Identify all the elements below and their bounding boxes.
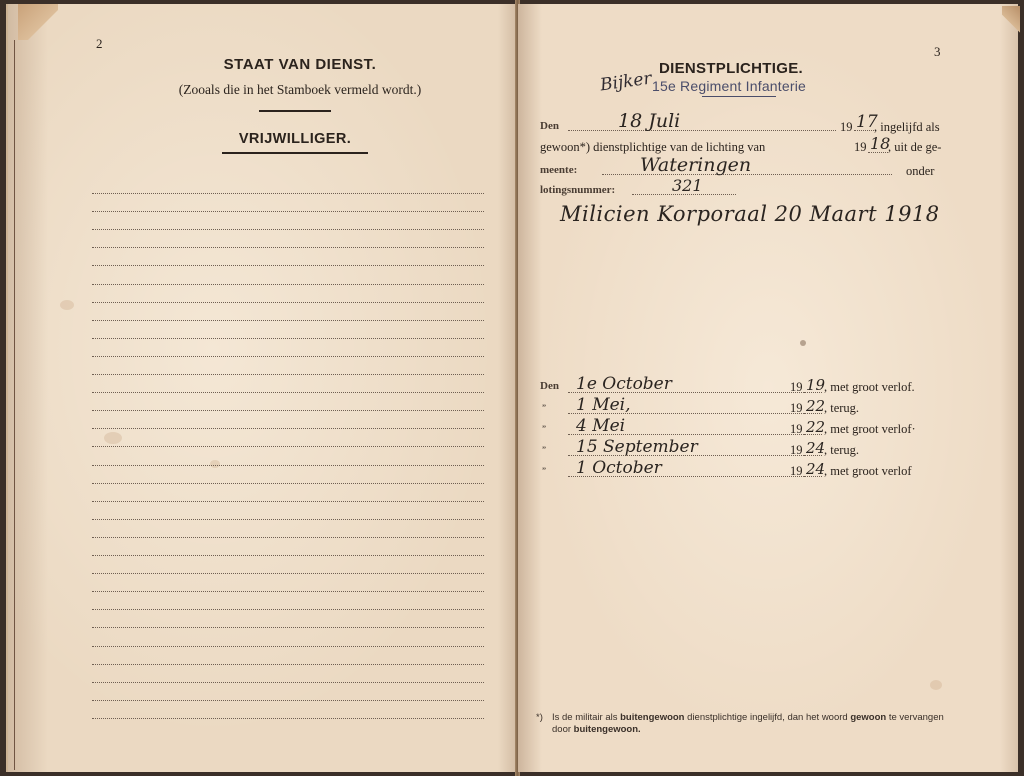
subtitle-stamboek: (Zooals die in het Stamboek vermeld word… [110,82,490,98]
paper-stain [930,680,942,690]
footnote-bold: buitengewoon [620,712,684,723]
ruled-line [92,302,484,303]
entry-status: , met groot verlof [824,464,911,479]
ruled-line [92,555,484,556]
ruled-line [92,356,484,357]
year-prefix: 19 [840,120,853,135]
ruled-line [92,374,484,375]
handwritten-gemeente: Wateringen [640,154,751,176]
form-row-gemeente: meente: Wateringen onder [540,162,940,180]
footnote-text: Is de militair als buitengewoon dienstpl… [552,712,952,736]
page-number-left: 2 [96,36,103,52]
ruled-line [92,537,484,538]
entry-status: , met groot verlof· [824,422,916,437]
divider-rule [259,110,331,112]
entry-year-prefix: 19 [790,401,803,416]
entry-year-prefix: 19 [790,380,803,395]
handwritten-entry-date: 4 Mei [576,416,625,436]
open-book: 2 STAAT VAN DIENST. (Zooals die in het S… [0,0,1024,776]
page-number-right: 3 [934,44,941,60]
ruled-line [92,211,484,212]
heading-underline [222,152,368,154]
lichting-year-prefix: 19 [854,140,867,155]
entry-prefix: ” [542,403,546,413]
folded-corner [18,4,58,40]
footnote-bold: gewoon [850,712,886,723]
entry-prefix: Den [540,380,568,392]
label-den: Den [540,120,559,132]
handwritten-entry-date: 1 October [576,458,662,478]
ruled-line [92,247,484,248]
footnote-mark: *) [536,712,543,724]
ruled-line [92,229,484,230]
service-entry-row: Den1e October1919, met groot verlof. [540,376,950,397]
stamp-underline [702,96,776,97]
ruled-line [92,483,484,484]
ruled-line [92,446,484,447]
ruled-line [92,338,484,339]
handwritten-entry-year: 22 [806,397,825,415]
dotted-field [568,130,836,131]
handwritten-entry-year: 19 [806,376,825,394]
heading-vrijwilliger: VRIJWILLIGER. [220,131,370,147]
ruled-line [92,410,484,411]
ruled-line [92,682,484,683]
label-gemeente: meente: [540,164,577,176]
entry-status: , terug. [824,443,859,458]
handwritten-entry-date: 15 September [576,437,698,457]
service-entries-list: Den1e October1919, met groot verlof.”1 M… [540,376,950,481]
ruled-line [92,519,484,520]
form-row-lotingsnummer: lotingsnummer: 321 [540,182,940,200]
ruled-line [92,501,484,502]
ruled-line [92,718,484,719]
ruled-line [92,465,484,466]
folded-corner-right [1002,6,1020,36]
paper-stain [800,340,806,346]
entry-year-prefix: 19 [790,443,803,458]
handwritten-entry-date: 1e October [576,374,672,394]
entry-prefix: ” [542,466,546,476]
label-lotingsnummer: lotingsnummer: [540,184,615,196]
entry-status: , terug. [824,401,859,416]
footnote-bold: buitengewoon. [574,724,641,735]
ruled-line [92,627,484,628]
ruled-line [92,193,484,194]
entry-year-prefix: 19 [790,422,803,437]
footnote-part: Is de militair als [552,712,620,723]
handwritten-promotion-note: Milicien Korporaal 20 Maart 1918 [560,202,940,226]
ruled-line [92,664,484,665]
service-entry-row: ”1 Mei,1922, terug. [540,397,950,418]
label-ingelijfd: , ingelijfd als [874,120,940,135]
service-entry-row: ”4 Mei1922, met groot verlof· [540,418,950,439]
ruled-line [92,700,484,701]
label-onder: onder [906,164,934,179]
handwritten-entry-date: 1 Mei, [576,395,631,415]
handwritten-entry-year: 22 [806,418,825,436]
ruled-line [92,284,484,285]
service-entry-row: ”1 October1924, met groot verlof [540,460,950,481]
entry-prefix: ” [542,445,546,455]
title-staat-van-dienst: STAAT VAN DIENST. [130,56,470,73]
ruled-line [92,646,484,647]
handwritten-lotingsnummer: 321 [672,176,703,195]
ruled-line [92,609,484,610]
entry-status: , met groot verlof. [824,380,915,395]
handwritten-entry-year: 24 [806,460,825,478]
label-gewoon: gewoon*) dienstplichtige van de lichting… [540,140,765,155]
page-edge-line [14,40,15,770]
ruled-line [92,428,484,429]
service-entry-row: ”15 September1924, terug. [540,439,950,460]
ruled-line [92,591,484,592]
ruled-line [92,320,484,321]
ruled-line [92,392,484,393]
blank-ruled-lines [92,193,484,733]
title-dienstplichtige: DIENSTPLICHTIGE. [626,60,836,77]
entry-prefix: ” [542,424,546,434]
ruled-line [92,573,484,574]
ruled-line [92,265,484,266]
entry-year-prefix: 19 [790,464,803,479]
regiment-stamp: 15e Regiment Infanterie [652,78,806,94]
label-uit-de-gemeente: , uit de ge- [888,140,941,155]
footnote-part: dienstplichtige ingelijfd, dan het woord [685,712,851,723]
handwritten-entry-year: 24 [806,439,825,457]
paper-stain [60,300,74,310]
handwritten-date: 18 Juli [618,110,680,132]
